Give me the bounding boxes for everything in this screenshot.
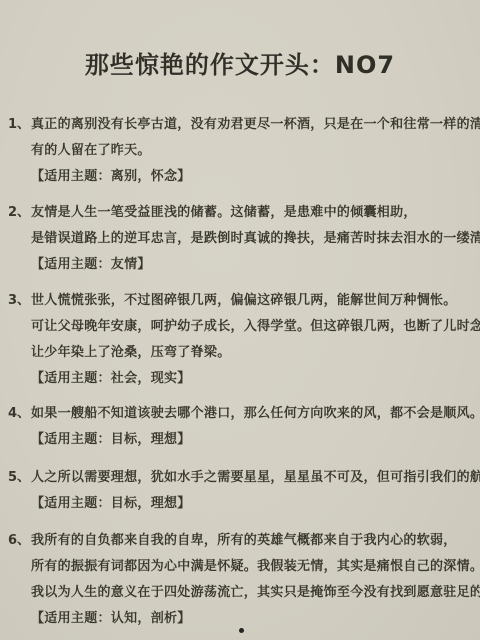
- item-content: 世人慌慌张张，不过图碎银几两，偏偏这碎银几两，能解世间万种惆怅。 可让父母晚年安…: [31, 288, 480, 392]
- item-content: 如果一艘船不知道该驶去哪个港口，那么任何方向吹来的风，都不会是顺风。 【适用主题…: [31, 401, 480, 453]
- essay-item-6: 6、 我所有的自负都来自我的自卑，所有的英雄气概都来自于我内心的软弱， 所有的振…: [8, 528, 466, 632]
- essay-item-4: 4、 如果一艘船不知道该驶去哪个港口，那么任何方向吹来的风，都不会是顺风。 【适…: [8, 401, 466, 453]
- quote-line: 让少年染上了沧桑，压弯了脊梁。: [31, 340, 480, 366]
- quote-line: 可让父母晚年安康，呵护幼子成长，入得学堂。但这碎银几两，也断了儿时念想，: [31, 314, 480, 340]
- essay-item-2: 2、 友情是人生一笔受益匪浅的储蓄。这储蓄，是患难中的倾囊相助， 是错误道路上的…: [8, 200, 466, 278]
- theme-label: 【适用主题：社会，现实】: [31, 366, 480, 392]
- theme-label: 【适用主题：友情】: [31, 252, 480, 278]
- quote-line: 友情是人生一笔受益匪浅的储蓄。这储蓄，是患难中的倾囊相助，: [31, 200, 480, 226]
- essay-item-1: 1、 真正的离别没有长亭古道，没有劝君更尽一杯酒，只是在一个和往常一样的清晨， …: [8, 112, 466, 190]
- quote-line: 如果一艘船不知道该驶去哪个港口，那么任何方向吹来的风，都不会是顺风。: [31, 401, 480, 427]
- item-content: 我所有的自负都来自我的自卑，所有的英雄气概都来自于我内心的软弱， 所有的振振有词…: [31, 528, 480, 632]
- quote-line: 有的人留在了昨天。: [31, 138, 480, 164]
- quote-line: 是错误道路上的逆耳忠言，是跌倒时真诚的搀扶，是痛苦时抹去泪水的一缕清风。: [31, 226, 480, 252]
- item-content: 真正的离别没有长亭古道，没有劝君更尽一杯酒，只是在一个和往常一样的清晨， 有的人…: [31, 112, 480, 190]
- item-number: 2、: [8, 200, 31, 226]
- quote-line: 我所有的自负都来自我的自卑，所有的英雄气概都来自于我内心的软弱，: [31, 528, 480, 554]
- page-title: 那些惊艳的作文开头：NO7: [0, 0, 480, 80]
- essay-item-list: 1、 真正的离别没有长亭古道，没有劝君更尽一杯酒，只是在一个和往常一样的清晨， …: [0, 112, 480, 632]
- theme-label: 【适用主题：离别，怀念】: [31, 164, 480, 190]
- quote-line: 真正的离别没有长亭古道，没有劝君更尽一杯酒，只是在一个和往常一样的清晨，: [31, 112, 480, 138]
- essay-openings-page: 那些惊艳的作文开头：NO7 1、 真正的离别没有长亭古道，没有劝君更尽一杯酒，只…: [0, 0, 480, 640]
- item-content: 人之所以需要理想，犹如水手之需要星星，星星虽不可及，但可指引我们的航程。 【适用…: [31, 465, 480, 517]
- theme-label: 【适用主题：目标，理想】: [31, 427, 480, 453]
- quote-line: 所有的振振有词都因为心中满是怀疑。我假装无情，其实是痛恨自己的深情。: [31, 554, 480, 580]
- quote-line: 人之所以需要理想，犹如水手之需要星星，星星虽不可及，但可指引我们的航程。: [31, 465, 480, 491]
- theme-label: 【适用主题：目标，理想】: [31, 491, 480, 517]
- quote-line: 我以为人生的意义在于四处游荡流亡，其实只是掩饰至今没有找到愿意驻足的地方。: [31, 580, 480, 606]
- essay-item-5: 5、 人之所以需要理想，犹如水手之需要星星，星星虽不可及，但可指引我们的航程。 …: [8, 465, 466, 517]
- page-indicator-dot: [239, 628, 244, 633]
- item-number: 6、: [8, 528, 31, 554]
- item-content: 友情是人生一笔受益匪浅的储蓄。这储蓄，是患难中的倾囊相助， 是错误道路上的逆耳忠…: [31, 200, 480, 278]
- theme-label: 【适用主题：认知，剖析】: [31, 606, 480, 632]
- essay-item-3: 3、 世人慌慌张张，不过图碎银几两，偏偏这碎银几两，能解世间万种惆怅。 可让父母…: [8, 288, 466, 392]
- item-number: 5、: [8, 465, 31, 491]
- quote-line: 世人慌慌张张，不过图碎银几两，偏偏这碎银几两，能解世间万种惆怅。: [31, 288, 480, 314]
- item-number: 3、: [8, 288, 31, 314]
- item-number: 4、: [8, 401, 31, 427]
- item-number: 1、: [8, 112, 31, 138]
